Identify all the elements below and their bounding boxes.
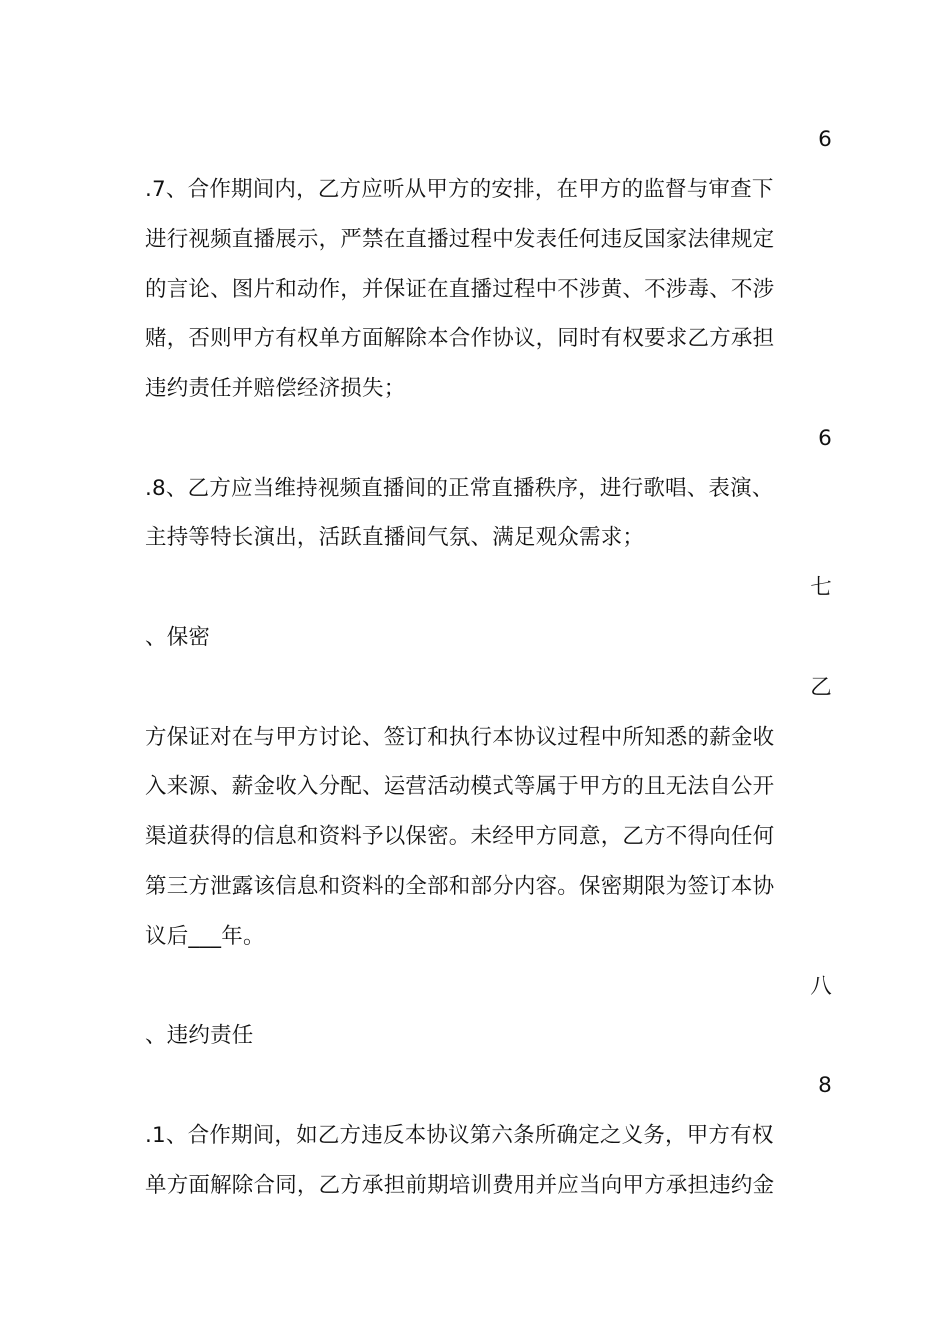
section-number-fragment: 6 [818, 125, 832, 155]
clause-6-7-line: .7、合作期间内，乙方应听从甲方的安排，在甲方的监督与审查下 [145, 175, 835, 205]
section-heading-breach-liability: 、违约责任 [145, 1021, 835, 1051]
confidentiality-line: 入来源、薪金收入分配、运营活动模式等属于甲方的且无法自公开 [145, 772, 835, 802]
paragraph-start-fragment: 乙 [810, 673, 832, 703]
section-number-fragment: 七 [810, 573, 832, 603]
section-number-fragment: 八 [810, 972, 832, 1002]
clause-8-1-line: 单方面解除合同，乙方承担前期培训费用并应当向甲方承担违约金 [145, 1171, 835, 1201]
clause-8-1-line: .1、合作期间，如乙方违反本协议第六条所确定之义务，甲方有权 [145, 1121, 835, 1151]
confidentiality-line: 渠道获得的信息和资料予以保密。未经甲方同意，乙方不得向任何 [145, 822, 835, 852]
confidentiality-line: 议后___年。 [145, 922, 835, 952]
clause-6-7-line: 进行视频直播展示，严禁在直播过程中发表任何违反国家法律规定 [145, 225, 835, 255]
section-heading-confidentiality: 、保密 [145, 623, 835, 653]
clause-6-7-line: 违约责任并赔偿经济损失； [145, 374, 835, 404]
clause-6-7-line: 赌，否则甲方有权单方面解除本合作协议，同时有权要求乙方承担 [145, 324, 835, 354]
section-number-fragment: 8 [818, 1071, 832, 1101]
confidentiality-line: 第三方泄露该信息和资料的全部和部分内容。保密期限为签订本协 [145, 872, 835, 902]
section-number-fragment: 6 [818, 424, 832, 454]
clause-6-8-line: 主持等特长演出，活跃直播间气氛、满足观众需求； [145, 523, 835, 553]
confidentiality-line: 方保证对在与甲方讨论、签订和执行本协议过程中所知悉的薪金收 [145, 723, 835, 753]
clause-6-7-line: 的言论、图片和动作，并保证在直播过程中不涉黄、不涉毒、不涉 [145, 275, 835, 305]
clause-6-8-line: .8、乙方应当维持视频直播间的正常直播秩序，进行歌唱、表演、 [145, 474, 835, 504]
